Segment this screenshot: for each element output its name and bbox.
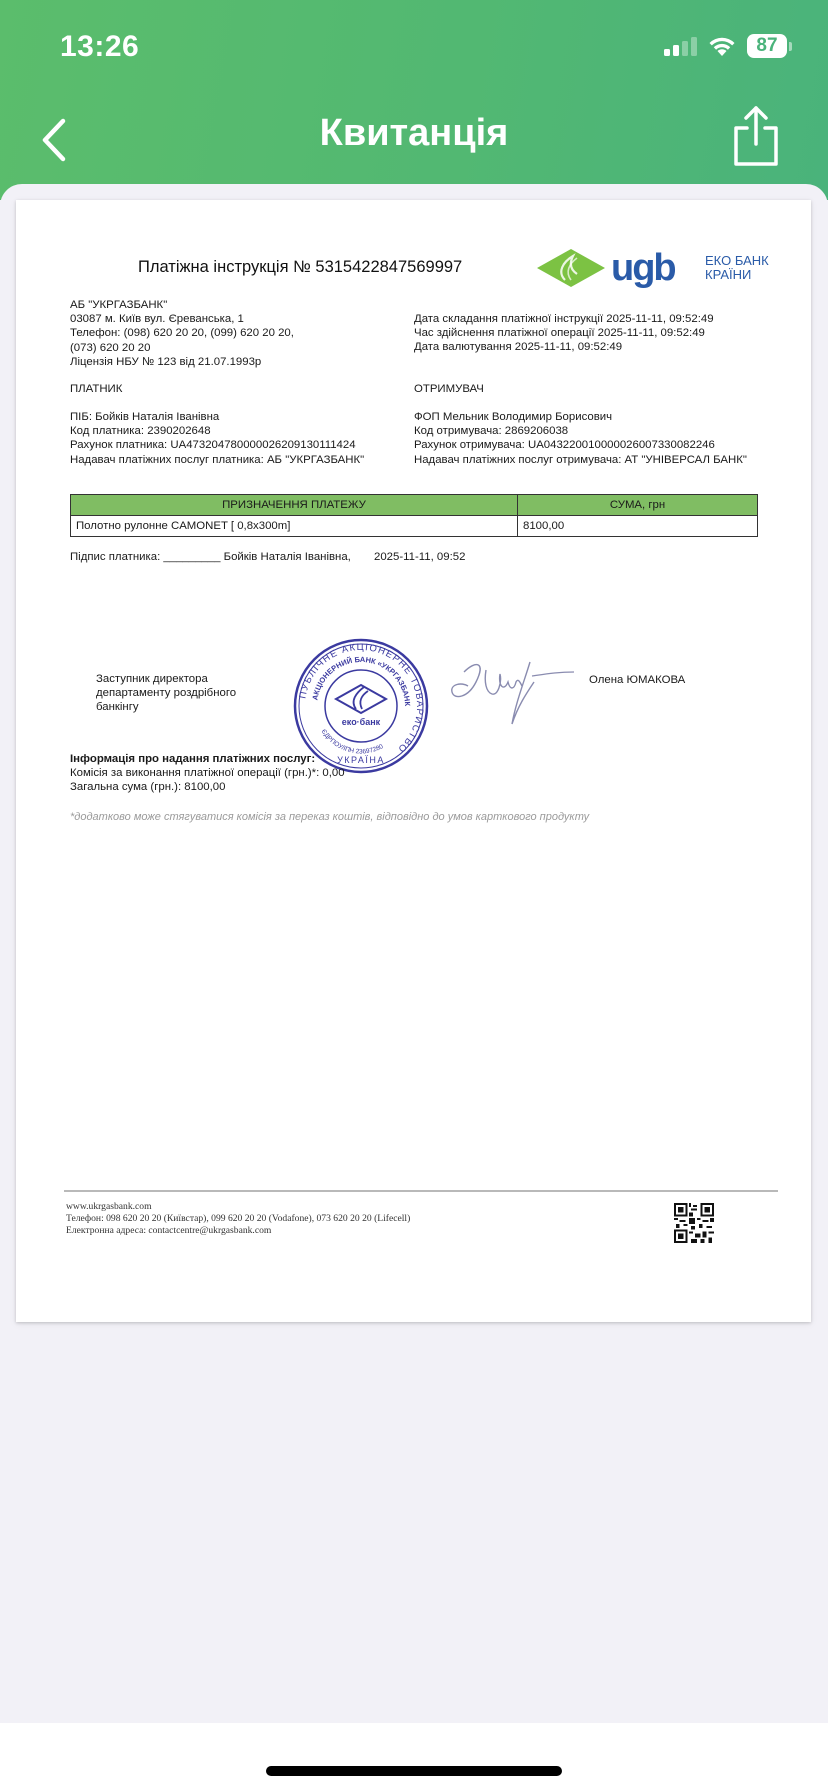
official-name: Олена ЮМАКОВА [589,673,685,687]
bank-phone-2: (073) 620 20 20 [70,341,294,355]
logo-mark: ugb [611,248,675,288]
payer-account: Рахунок платника: UA47320478000002620913… [70,438,364,452]
commission-note: *додатково може стягуватися комісія за п… [70,810,589,824]
payee-name: ФОП Мельник Володимир Борисович [414,410,759,424]
official-position: Заступник директора департаменту роздріб… [96,672,256,715]
document-footer: www.ukrgasbank.com Телефон: 098 620 20 2… [66,1201,410,1237]
bank-name: АБ "УКРГАЗБАНК" [70,298,294,312]
value-date: Дата валютування 2025-11-11, 09:52:49 [414,340,714,354]
share-icon [730,104,782,168]
table-row: Полотно рулонне CAMONET [ 0,8x300m] 8100… [71,516,758,537]
total-amount: Загальна сума (грн.): 8100,00 [70,780,345,794]
payer-code: Код платника: 2390202648 [70,424,364,438]
ugb-logo: ugb ЕКО БАНК КРАЇНИ [535,248,775,288]
bank-license: Ліцензія НБУ № 123 від 21.07.1993р [70,355,294,369]
bank-phone-1: Телефон: (098) 620 20 20, (099) 620 20 2… [70,326,294,340]
stamp-center-text: еко·банк [342,717,381,727]
payer-details: ПІБ: Бойків Наталія Іванівна Код платник… [70,410,364,467]
commission: Комісія за виконання платіжної операції … [70,766,345,780]
status-time: 13:26 [60,30,139,64]
column-purpose: ПРИЗНАЧЕННЯ ПЛАТЕЖУ [71,495,518,516]
signal-icon [664,36,697,56]
date-executed: Час здійснення платіжної операції 2025-1… [414,326,714,340]
payer-signature-label: Підпис платника: _________ Бойків Наталі… [70,551,351,563]
logo-tagline-2: КРАЇНИ [705,267,751,282]
transaction-dates: Дата складання платіжної інструкції 2025… [414,312,714,355]
payment-table: ПРИЗНАЧЕННЯ ПЛАТЕЖУ СУМА, грн Полотно ру… [70,494,758,537]
status-icons: 87 [664,34,792,58]
bank-address: 03087 м. Київ вул. Єреванська, 1 [70,312,294,326]
receipt-document[interactable]: Платіжна інструкція № 5315422847569997 u… [16,200,811,1322]
service-info-heading: Інформація про надання платіжних послуг: [70,752,345,766]
bank-details: АБ "УКРГАЗБАНК" 03087 м. Київ вул. Єрева… [70,298,294,369]
payer-heading: ПЛАТНИК [70,382,122,396]
qr-code-icon [674,1203,714,1243]
battery-icon: 87 [747,34,792,58]
wifi-icon [707,35,737,57]
payee-heading: ОТРИМУВАЧ [414,382,484,396]
home-indicator-area [0,1723,828,1792]
logo-tagline-1: ЕКО БАНК [705,253,769,268]
home-indicator[interactable] [266,1766,562,1776]
footer-divider [64,1190,778,1192]
payer-provider: Надавач платіжних послуг платника: АБ "У… [70,453,364,467]
payee-code: Код отримувача: 2869206038 [414,424,759,438]
header-bar: 13:26 87 Квитанція [0,0,828,200]
service-info: Інформація про надання платіжних послуг:… [70,752,345,795]
footer-website: www.ukrgasbank.com [66,1201,410,1213]
payment-amount: 8100,00 [518,516,758,537]
column-amount: СУМА, грн [518,495,758,516]
share-button[interactable] [730,104,782,168]
handwritten-signature-icon [446,652,576,732]
receipt-screen: 13:26 87 Квитанція [0,0,828,1792]
payee-account: Рахунок отримувача: UA043220010000026007… [414,438,759,452]
payer-signature-line: Підпис платника: _________ Бойків Наталі… [70,550,465,564]
payer-name: ПІБ: Бойків Наталія Іванівна [70,410,364,424]
battery-level: 87 [747,34,787,58]
page-title: Квитанція [0,112,828,155]
document-title: Платіжна інструкція № 5315422847569997 [138,260,462,274]
date-created: Дата складання платіжної інструкції 2025… [414,312,714,326]
payment-purpose: Полотно рулонне CAMONET [ 0,8x300m] [71,516,518,537]
footer-email: Електронна адреса: contactcentre@ukrgasb… [66,1225,410,1237]
payee-provider: Надавач платіжних послуг отримувача: АТ … [414,453,759,467]
payer-signature-date: 2025-11-11, 09:52 [374,551,465,563]
payee-details: ФОП Мельник Володимир Борисович Код отри… [414,410,759,467]
footer-phones: Телефон: 098 620 20 20 (Київстар), 099 6… [66,1213,410,1225]
